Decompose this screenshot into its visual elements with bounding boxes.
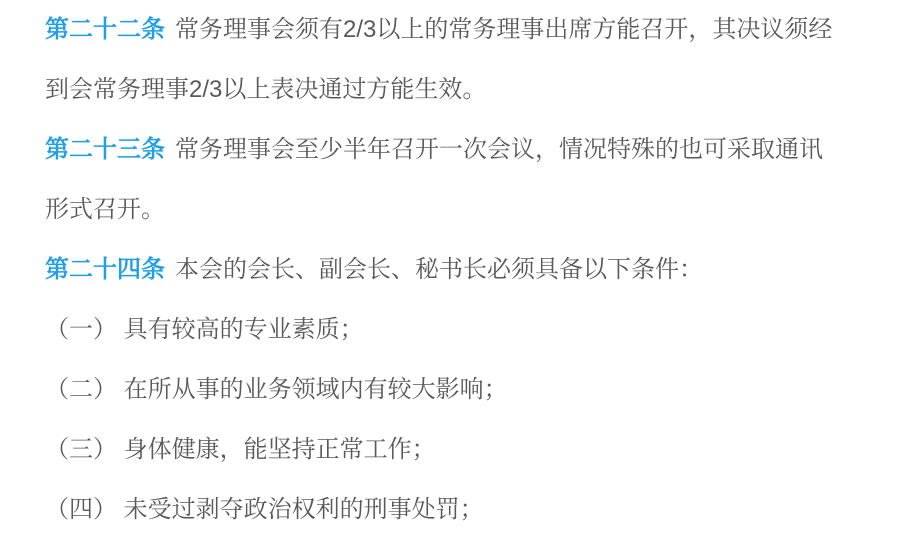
condition-item-2: （二） 在所从事的业务领域内有较大影响；: [45, 360, 845, 420]
article-22-number: 第二十二条: [45, 16, 165, 43]
article-23-paragraph: 第二十三条常务理事会至少半年召开一次会议，情况特殊的也可采取通讯形式召开。: [45, 120, 845, 240]
article-23-number: 第二十三条: [45, 136, 165, 163]
condition-item-3: （三） 身体健康，能坚持正常工作；: [45, 420, 845, 480]
bylaws-document: 第二十二条常务理事会须有2/3以上的常务理事出席方能召开，其决议须经到会常务理事…: [0, 0, 900, 540]
condition-item-4: （四） 未受过剥夺政治权利的刑事处罚；: [45, 480, 845, 540]
article-24-number: 第二十四条: [45, 256, 165, 283]
article-22-paragraph: 第二十二条常务理事会须有2/3以上的常务理事出席方能召开，其决议须经到会常务理事…: [45, 0, 845, 120]
article-24-paragraph: 第二十四条本会的会长、副会长、秘书长必须具备以下条件：: [45, 240, 845, 300]
condition-item-1: （一） 具有较高的专业素质；: [45, 300, 845, 360]
article-24-text: 本会的会长、副会长、秘书长必须具备以下条件：: [175, 256, 703, 283]
